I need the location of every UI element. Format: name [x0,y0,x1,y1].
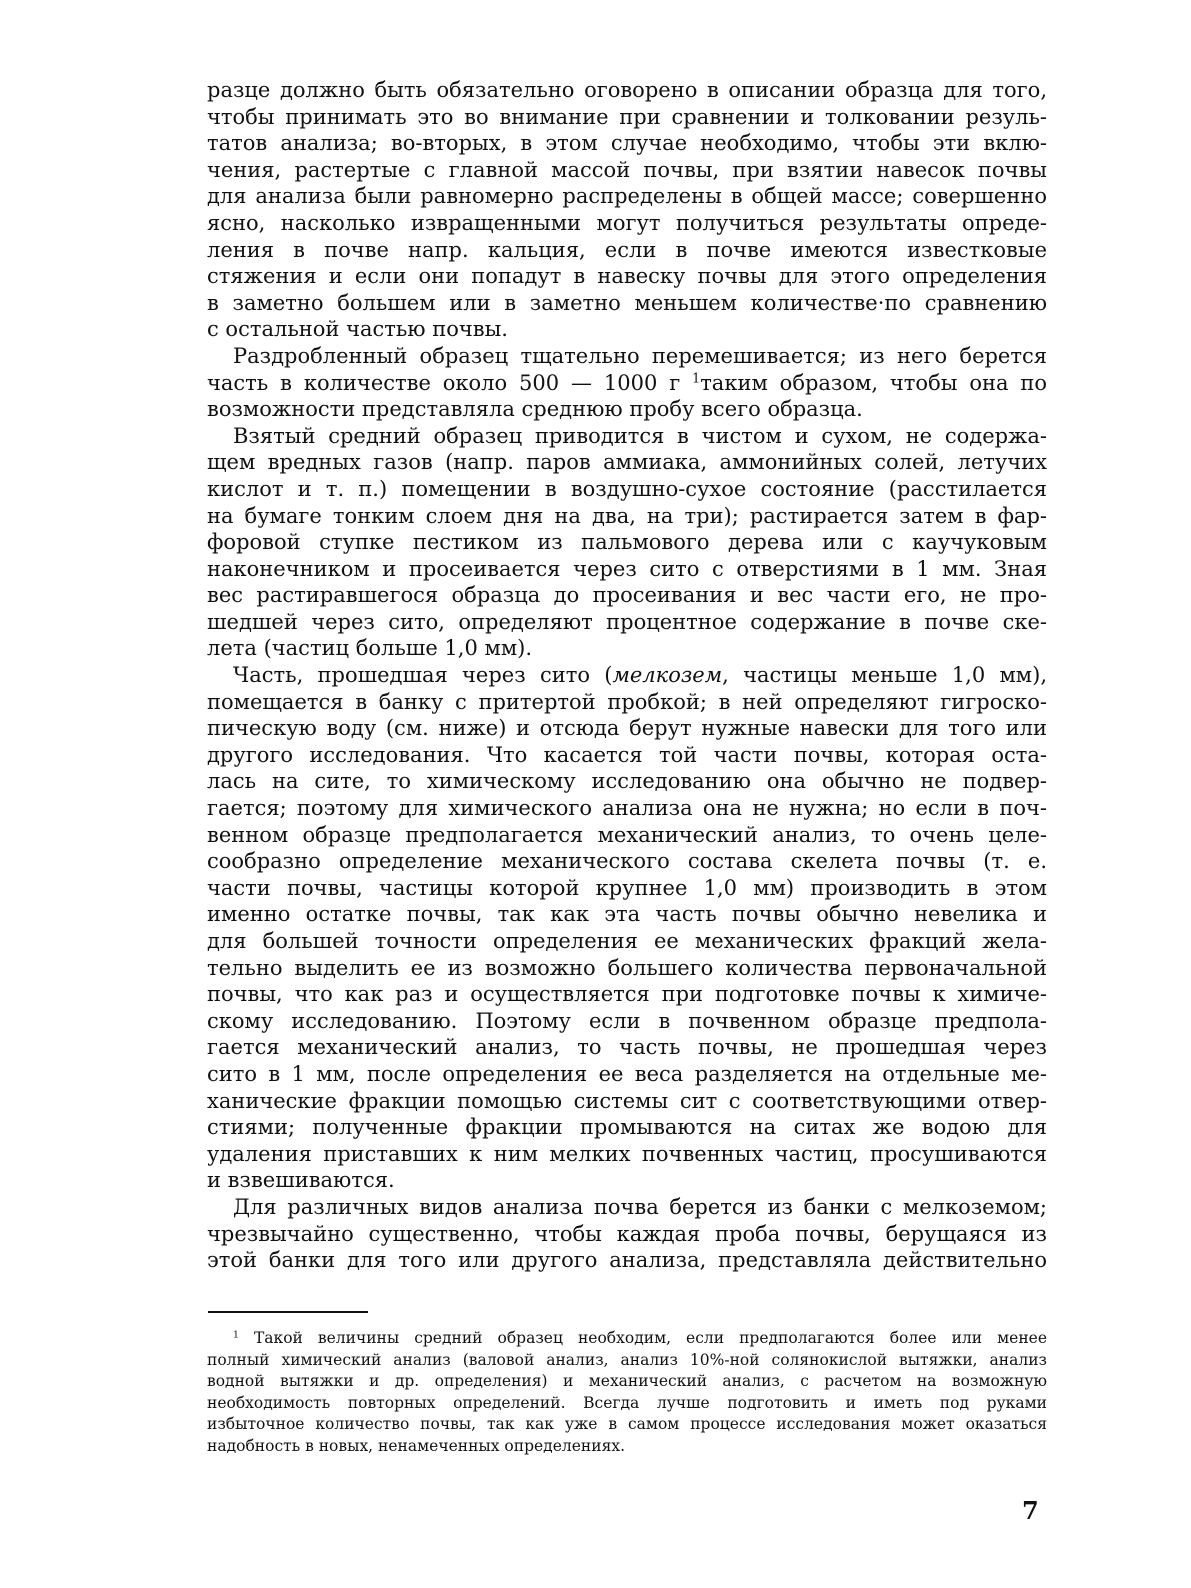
text-fragment: , частицы меньше 1,0 мм), [722,663,1047,687]
footnote-line: 1 Такой величины средний образец необход… [207,1328,1047,1350]
footnote-line: водной вытяжки и др. определения) и меха… [207,1371,1047,1393]
text-line: гается механический анализ, то часть поч… [207,1034,1047,1061]
footnote-line: избыточное количество почвы, так как уже… [207,1414,1047,1436]
footnote-line: полный химический анализ (валовой анализ… [207,1350,1047,1372]
text-line: на бумаге тонким слоем дня на два, на тр… [207,503,1047,530]
footnote-line: необходимость повторных определений. Все… [207,1393,1047,1415]
text-line: чения, растертые с главной массой почвы,… [207,157,1047,184]
footnote-divider [208,1311,368,1313]
text-line: Для различных видов анализа почва беретс… [207,1194,1047,1221]
book-page: разце должно быть обязательно оговорено … [0,0,1191,1588]
text-line: лась на сите, то химическому исследовани… [207,768,1047,795]
main-text: разце должно быть обязательно оговорено … [207,77,1047,1274]
text-line: венном образце предполагается механическ… [207,822,1047,849]
text-line: тельно выделить ее из возможно большего … [207,955,1047,982]
text-line: для большей точности определения ее меха… [207,928,1047,955]
text-line: ясно, насколько извращенными могут получ… [207,210,1047,237]
text-line: стиями; полученные фракции промываются н… [207,1114,1047,1141]
text-fragment: таким образом, чтобы она по [700,371,1047,395]
text-line: Взятый средний образец приводится в чист… [207,423,1047,450]
page-number: 7 [1022,1496,1039,1525]
footnote-marker: 1 [233,1329,239,1340]
text-line: чрезвычайно существенно, чтобы каждая пр… [207,1221,1047,1248]
text-line: ханические фракции помощью системы сит с… [207,1088,1047,1115]
text-line: Раздробленный образец тщательно перемеши… [207,343,1047,370]
footnote: 1 Такой величины средний образец необход… [207,1328,1047,1458]
text-line: части почвы, частицы которой крупнее 1,0… [207,875,1047,902]
text-line: стяжения и если они попадут в навеску по… [207,263,1047,290]
text-line: удаления приставших к ним мелких почвенн… [207,1141,1047,1168]
text-line: почвы, что как раз и осуществляется при … [207,981,1047,1008]
text-line: помещается в банку с притертой пробкой; … [207,689,1047,716]
text-line: форовой ступке пестиком из пальмового де… [207,529,1047,556]
text-line: сито в 1 мм, после определения ее веса р… [207,1061,1047,1088]
footnote-ref[interactable]: 1 [692,370,700,385]
text-line: другого исследования. Что касается той ч… [207,742,1047,769]
text-fragment: часть в количестве около 500 — 1000 г [207,371,680,395]
text-line: гается; поэтому для химического анализа … [207,795,1047,822]
text-line: ления в почве напр. кальция, если в почв… [207,237,1047,264]
text-line-with-footnote-ref: часть в количестве около 500 — 1000 г 1т… [207,370,1047,397]
text-line-with-italic: Часть, прошедшая через сито (мелкозем, ч… [207,662,1047,689]
italic-term: мелкозем [612,663,722,687]
text-line: именно остатке почвы, так как эта часть … [207,901,1047,928]
text-line: наконечником и просеивается через сито с… [207,556,1047,583]
text-line: татов анализа; во-вторых, в этом случае … [207,130,1047,157]
text-line: этой банки для того или другого анализа,… [207,1247,1047,1274]
text-line: лета (частиц больше 1,0 мм). [207,635,1047,662]
text-line: в заметно большем или в заметно меньшем … [207,290,1047,317]
text-line: чтобы принимать это во внимание при срав… [207,104,1047,131]
text-line: кислот и т. п.) помещении в воздушно-сух… [207,476,1047,503]
text-line: для анализа были равномерно распределены… [207,183,1047,210]
text-line: вес растиравшегося образца до просеивани… [207,582,1047,609]
text-line: с остальной частью почвы. [207,316,1047,343]
text-line: разце должно быть обязательно оговорено … [207,77,1047,104]
text-line: скому исследованию. Поэтому если в почве… [207,1008,1047,1035]
text-line: шедшей через сито, определяют процентное… [207,609,1047,636]
text-line: пическую воду (см. ниже) и отсюда берут … [207,715,1047,742]
text-line: возможности представляла среднюю пробу в… [207,396,1047,423]
text-line: и взвешиваются. [207,1167,1047,1194]
text-fragment: Такой величины средний образец необходим… [254,1329,1047,1347]
text-line: сообразно определение механического сост… [207,848,1047,875]
footnote-line: надобность в новых, ненамеченных определ… [207,1436,1047,1458]
text-line: щем вредных газов (напр. паров аммиака, … [207,449,1047,476]
text-fragment: Часть, прошедшая через сито ( [233,663,612,687]
